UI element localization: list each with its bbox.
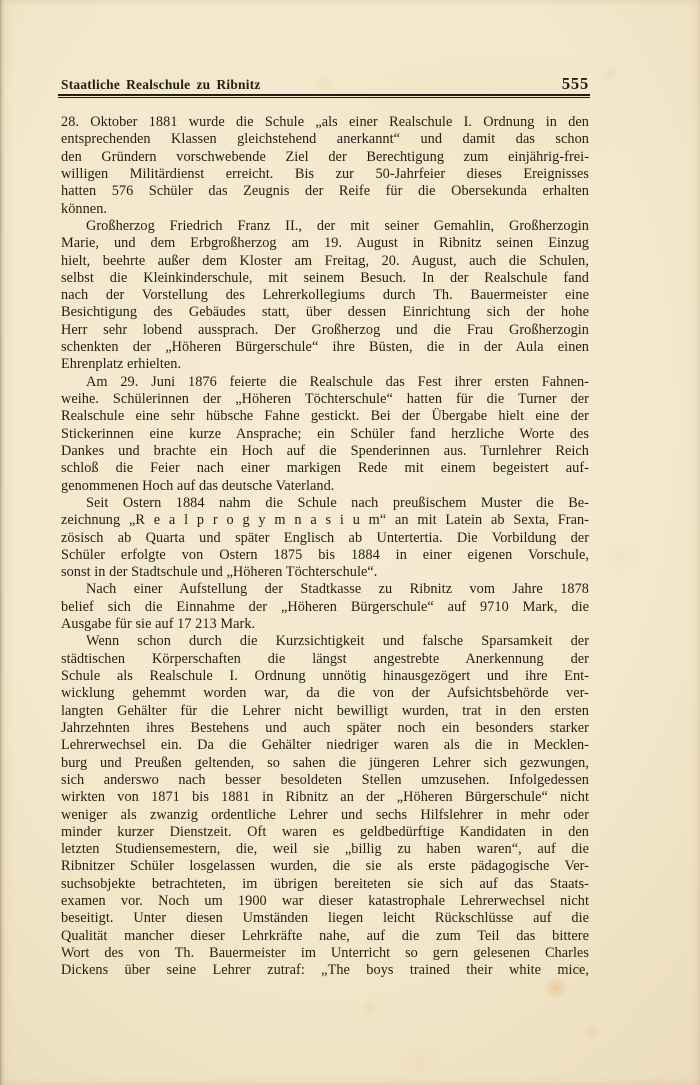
text-line: schenkten der „Höheren Bürgerschule“ ihr… [61,339,589,356]
text-line: weniger als zwanzig ordentliche Lehrer u… [61,807,589,824]
text-line: beseitigt. Unter diesen Umständen liegen… [61,910,589,927]
text-line: Qualität mancher dieser Lehrkräfte nahe,… [61,928,589,945]
text-line: Wort des von Th. Bauermeister im Unterri… [61,945,589,962]
text-line: Seit Ostern 1884 nahm die Schule nach pr… [61,495,589,512]
text-line: Großherzog Friedrich Franz II., der mit … [61,218,589,235]
text-line: willigen Militärdienst erreicht. Bis zur… [61,166,589,183]
header-double-rule [58,94,590,98]
text-line: zeichnung „R e a l p r o g y m n a s i u… [61,512,589,529]
running-header-title: Staatliche Realschule zu Ribnitz [61,77,261,93]
text-line: können. [61,201,589,218]
text-line: examen vor. Noch um 1900 war dieser kata… [61,893,589,910]
text-line: selbst die Kleinkinderschule, mit seinem… [61,270,589,287]
paragraph: Großherzog Friedrich Franz II., der mit … [61,218,589,374]
text-line: schloß die Feier nach einer markigen Red… [61,460,589,477]
text-line: Wenn schon durch die Kurzsichtigkeit und… [61,633,589,650]
text-line: weihe. Schülerinnen der „Höheren Töchter… [61,391,589,408]
running-header: Staatliche Realschule zu Ribnitz 555 [61,74,589,94]
text-line: Lehrerwechsel ein. Da die Gehälter niedr… [61,737,589,754]
text-line: wirkten von 1871 bis 1881 in Ribnitz an … [61,789,589,806]
text-line: Ribnitzer Schüler losgelassen wurden, di… [61,858,589,875]
text-line: Nach einer Aufstellung der Stadtkasse zu… [61,581,589,598]
text-line: zösisch ab Quarta und später Englisch ab… [61,530,589,547]
text-line: Realschule eine sehr hübsche Fahne gesti… [61,408,589,425]
text-line: Schüler erfolgte von Ostern 1875 bis 188… [61,547,589,564]
text-line: Ehrenplatz erhielten. [61,356,589,373]
paragraph: Seit Ostern 1884 nahm die Schule nach pr… [61,495,589,582]
text-line: burg und Preußen geltenden, so sahen die… [61,755,589,772]
text-line: Jahrzehnten ihres Bestehens und auch spä… [61,720,589,737]
text-line: Besichtigung des Gebäudes statt, über de… [61,304,589,321]
text-line: städtischen Körperschaften die längst an… [61,651,589,668]
scanned-page: Staatliche Realschule zu Ribnitz 555 28.… [0,0,700,1085]
text-line: Herr sehr lobend aussprach. Der Großherz… [61,322,589,339]
text-line: hielt, beehrte außer dem Kloster am Frei… [61,253,589,270]
text-line: sich anderswo nach besser besoldeten Ste… [61,772,589,789]
text-line: Marie, und dem Erbgroßherzog am 19. Augu… [61,235,589,252]
text-line: Ausgabe für sie auf 17 213 Mark. [61,616,589,633]
text-line: langten Gehälter für die Lehrer nicht be… [61,703,589,720]
text-line: Schule als Realschule I. Ordnung unnötig… [61,668,589,685]
page-number: 555 [562,74,589,94]
text-line: 28. Oktober 1881 wurde die Schule „als e… [61,114,589,131]
paragraph: 28. Oktober 1881 wurde die Schule „als e… [61,114,589,218]
text-line: nach der Vorstellung des Lehrerkollegium… [61,287,589,304]
text-line: den Gründern vorschwebende Ziel der Bere… [61,149,589,166]
text-line: belief sich die Einnahme der „Höheren Bü… [61,599,589,616]
text-line: Am 29. Juni 1876 feierte die Realschule … [61,374,589,391]
text-line: hatten 576 Schüler das Zeugnis der Reife… [61,183,589,200]
text-line: entsprechenden Klassen gleichstehend ane… [61,131,589,148]
text-line: suchsobjekte betrachteten, im übrigen be… [61,876,589,893]
page-body: 28. Oktober 1881 wurde die Schule „als e… [61,114,589,980]
text-line: sonst in der Stadtschule und „Höheren Tö… [61,564,589,581]
text-line: wicklung gehemmt worden war, da die von … [61,685,589,702]
text-line: Stickerinnen eine kurze Ansprache; ein S… [61,426,589,443]
text-line: minder kurzer Dienstzeit. Oft waren es g… [61,824,589,841]
paragraph: Nach einer Aufstellung der Stadtkasse zu… [61,581,589,633]
text-line: letzten Studiensemestern, die, weil sie … [61,841,589,858]
text-line: Dickens über seine Lehrer zutraf: „The b… [61,962,589,979]
paragraph: Wenn schon durch die Kurzsichtigkeit und… [61,633,589,979]
paragraph: Am 29. Juni 1876 feierte die Realschule … [61,374,589,495]
text-line: genommenen Hoch auf das deutsche Vaterla… [61,478,589,495]
text-line: Dankes und brachte ein Hoch auf die Spen… [61,443,589,460]
